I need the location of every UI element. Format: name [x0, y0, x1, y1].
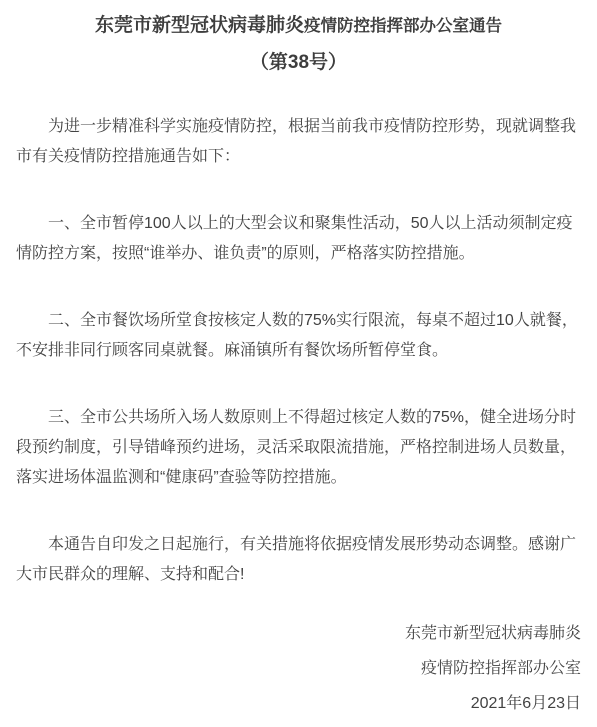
paragraph-item-2: 二、全市餐饮场所堂食按核定人数的75%实行限流，每桌不超过10人就餐，不安排非同…: [16, 306, 581, 366]
paragraph-intro: 为进一步精准科学实施疫情防控，根据当前我市疫情防控形势，现就调整我市有关疫情防控…: [16, 112, 581, 172]
issue-number: （第38号）: [16, 51, 581, 75]
paragraph-item-3: 三、全市公共场所入场人数原则上不得超过核定人数的75%，健全进场分时段预约制度，…: [16, 403, 581, 493]
paragraph-item-1: 一、全市暂停100人以上的大型会议和聚集性活动，50人以上活动须制定疫情防控方案…: [16, 209, 581, 269]
signature-org-line-1: 东莞市新型冠状病毒肺炎: [16, 616, 581, 651]
notice-page: 东莞市新型冠状病毒肺炎疫情防控指挥部办公室通告 （第38号） 为进一步精准科学实…: [0, 0, 597, 721]
title-sub-segment: 疫情防控指挥部办公室通告: [304, 17, 502, 35]
signature-block: 东莞市新型冠状病毒肺炎 疫情防控指挥部办公室 2021年6月23日: [16, 616, 581, 721]
signature-date: 2021年6月23日: [16, 686, 581, 721]
notice-title: 东莞市新型冠状病毒肺炎疫情防控指挥部办公室通告: [16, 8, 581, 38]
paragraph-closing: 本通告自印发之日起施行，有关措施将依据疫情发展形势动态调整。感谢广大市民群众的理…: [16, 530, 581, 590]
title-main-segment: 东莞市新型冠状病毒肺炎: [95, 15, 304, 36]
signature-org-line-2: 疫情防控指挥部办公室: [16, 651, 581, 686]
